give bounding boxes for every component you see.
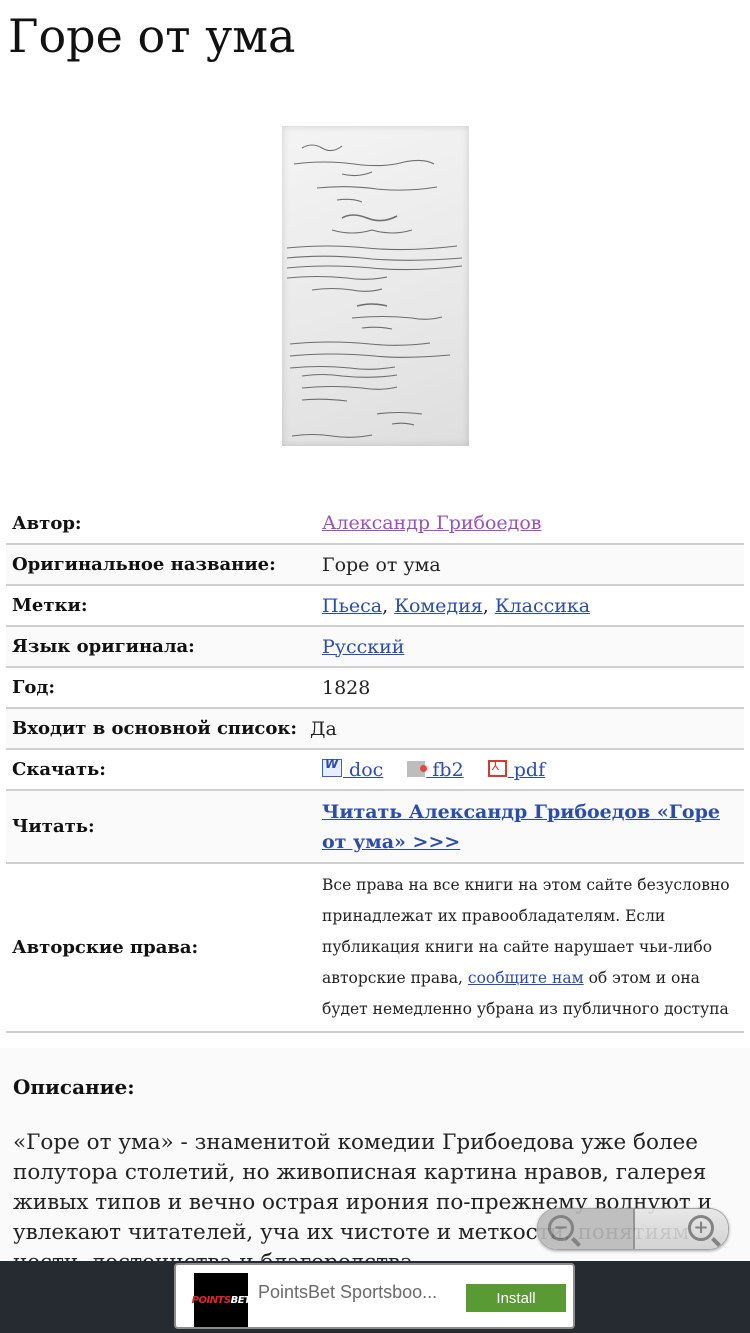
info-row-year: Год: 1828 — [6, 667, 744, 708]
info-row-read: Читать: Читать Александр Грибоедов «Горе… — [6, 790, 744, 863]
info-row-author: Автор: Александр Грибоедов — [6, 503, 744, 544]
tag-link-play[interactable]: Пьеса — [322, 595, 382, 617]
ad-banner[interactable]: POINTSBET PointsBet Sportsboo... Install — [174, 1263, 575, 1329]
info-row-tags: Метки: Пьеса, Комедия, Классика — [6, 585, 744, 626]
page-title: Горе от ума — [8, 6, 295, 66]
info-row-copyright: Авторские права: Все права на все книги … — [6, 863, 744, 1032]
language-link[interactable]: Русский — [322, 636, 404, 658]
tag-separator: , — [382, 595, 394, 617]
read-online-link[interactable]: Читать Александр Грибоедов «Горе от ума»… — [322, 801, 720, 853]
original-title-value: Горе от ума — [304, 544, 744, 585]
zoom-in-button[interactable]: + — [635, 1209, 728, 1249]
tag-link-comedy[interactable]: Комедия — [394, 595, 483, 617]
tag-separator: , — [483, 595, 495, 617]
info-row-language: Язык оригинала: Русский — [6, 626, 744, 667]
author-link[interactable]: Александр Грибоедов — [322, 512, 541, 534]
info-row-original-title: Оригинальное название: Горе от ума — [6, 544, 744, 585]
logo-text-bet: BET — [231, 1295, 251, 1306]
tags-label: Метки: — [6, 585, 304, 626]
language-label: Язык оригинала: — [6, 626, 304, 667]
read-label: Читать: — [6, 790, 304, 863]
description-text: «Горе от ума» - знаменитой комедии Грибо… — [13, 1128, 743, 1278]
manuscript-image — [282, 126, 469, 446]
book-cover-image[interactable] — [282, 126, 469, 446]
logo-text-points: POINTS — [192, 1295, 231, 1306]
zoom-controls: − + — [537, 1208, 729, 1250]
tag-link-classic[interactable]: Классика — [495, 595, 590, 617]
book-info-table: Автор: Александр Грибоедов Оригинальное … — [6, 503, 744, 1033]
install-button[interactable]: Install — [466, 1284, 566, 1312]
info-row-main-list: Входит в основной список: Да — [6, 708, 744, 749]
download-pdf-link[interactable]: pdf — [488, 759, 545, 781]
download-fb2-label: fb2 — [426, 759, 463, 781]
download-pdf-label: pdf — [508, 759, 545, 781]
download-fb2-link[interactable]: fb2 — [407, 759, 463, 781]
author-label: Автор: — [6, 503, 304, 544]
zoom-out-icon: − — [548, 1215, 574, 1241]
word-doc-icon — [322, 759, 342, 777]
fb2-icon — [407, 761, 425, 777]
pointsbet-logo: POINTSBET — [194, 1273, 248, 1327]
description-title: Описание: — [13, 1075, 135, 1099]
year-label: Год: — [6, 667, 304, 708]
year-value: 1828 — [304, 667, 744, 708]
zoom-in-icon: + — [688, 1215, 714, 1241]
pdf-icon — [488, 760, 507, 777]
copyright-label: Авторские права: — [6, 863, 304, 1032]
download-label: Скачать: — [6, 749, 304, 790]
download-doc-link[interactable]: doc — [322, 759, 383, 781]
info-row-download: Скачать: doc fb2 pdf — [6, 749, 744, 790]
download-doc-label: doc — [343, 759, 383, 781]
copyright-text: Все права на все книги на этом сайте без… — [304, 863, 744, 1032]
main-list-value: Да — [304, 708, 744, 749]
main-list-label: Входит в основной список: — [6, 708, 304, 749]
original-title-label: Оригинальное название: — [6, 544, 304, 585]
zoom-out-button[interactable]: − — [538, 1209, 635, 1249]
ad-title: PointsBet Sportsboo... — [258, 1282, 437, 1303]
report-link[interactable]: сообщите нам — [468, 969, 584, 987]
